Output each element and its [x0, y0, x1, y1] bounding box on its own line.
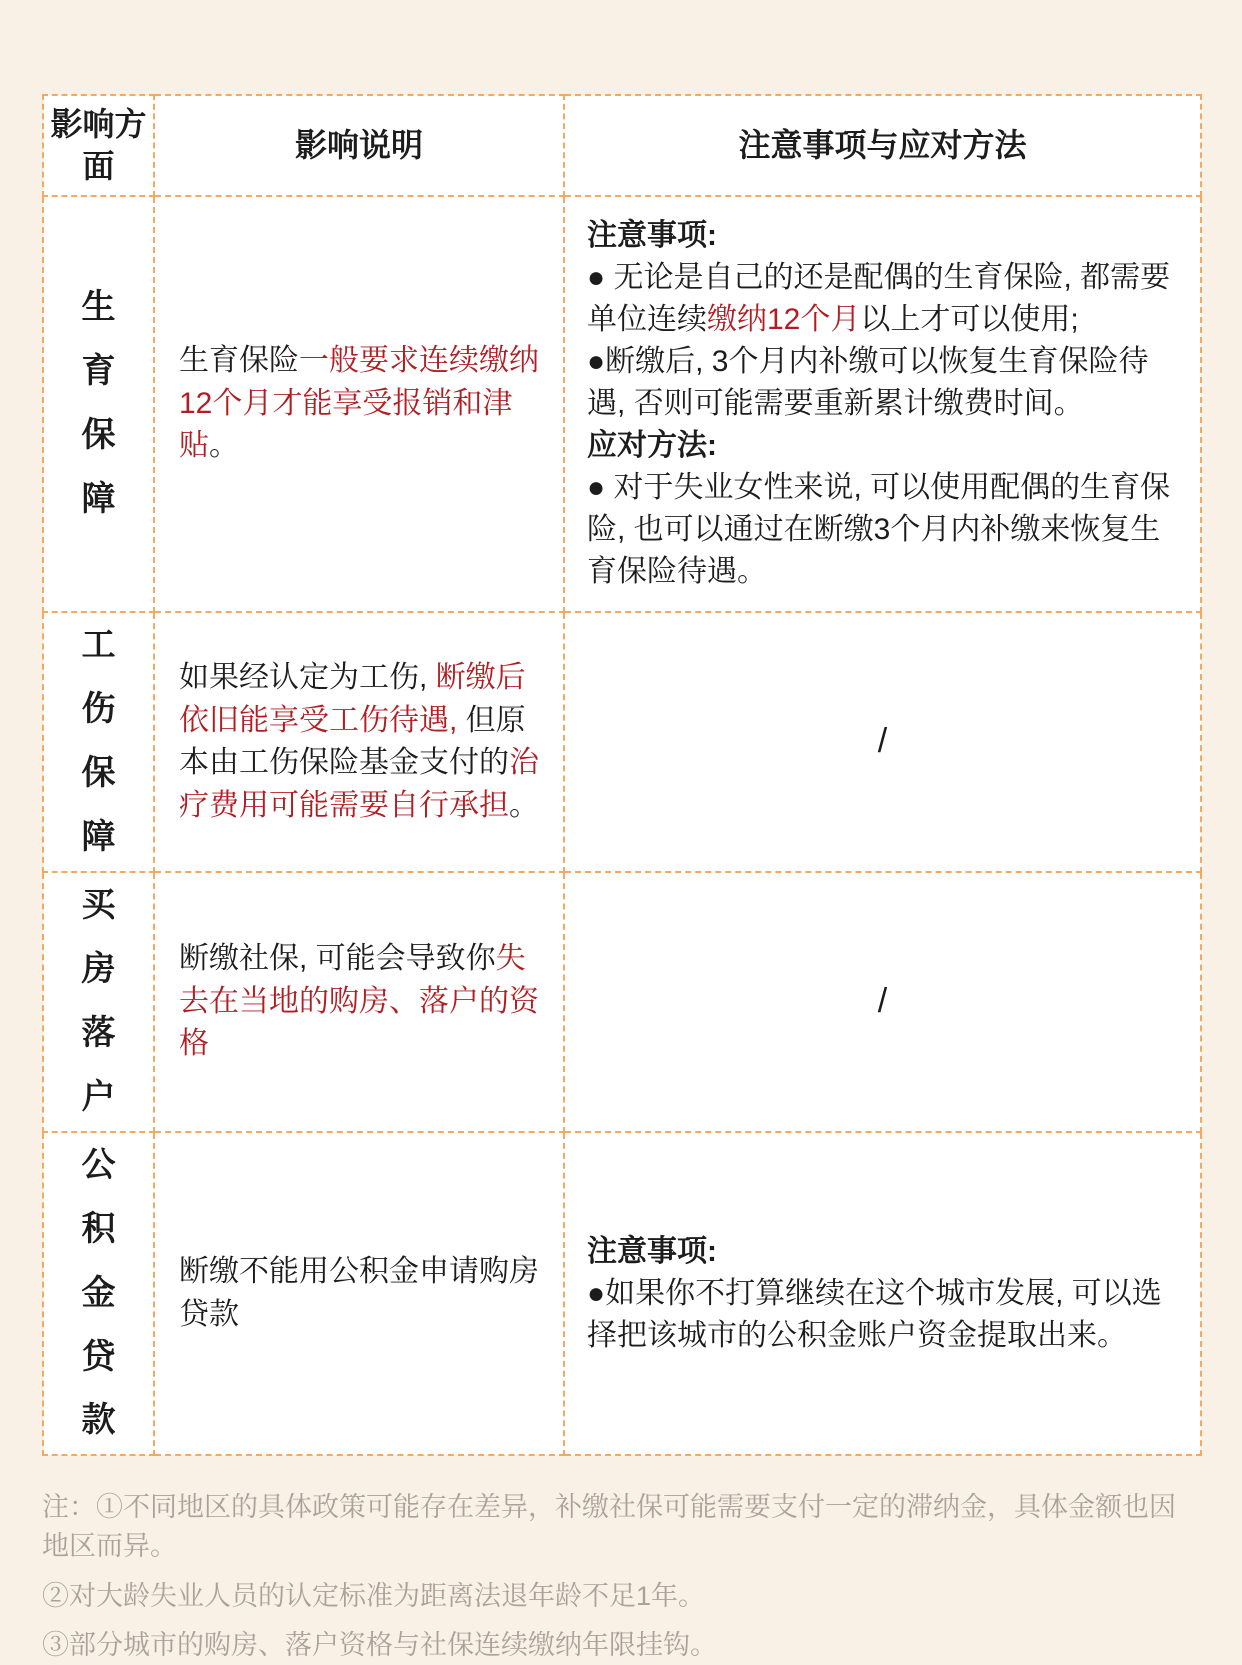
notes-cell: /	[564, 612, 1201, 872]
notes-text: 注意事项:●如果你不打算继续在这个城市发展, 可以选择把该城市的公积金账户资金提…	[587, 1231, 1178, 1357]
header-row: 影响方面 影响说明 注意事项与应对方法	[43, 95, 1201, 196]
description-cell: 如果经认定为工伤, 断缴后依旧能享受工伤待遇, 但原本由工伤保险基金支付的治疗费…	[154, 612, 564, 872]
column-header-notes: 注意事项与应对方法	[564, 95, 1201, 196]
infographic-page: 影响方面 影响说明 注意事项与应对方法 生育保障 生育保险一般要求连续缴纳12个…	[0, 0, 1242, 1665]
table-row-housing-fund: 公积金贷款 断缴不能用公积金申请购房贷款 注意事项:●如果你不打算继续在这个城市…	[43, 1132, 1201, 1456]
aspect-label: 公积金贷款	[79, 1134, 118, 1454]
footnote-line-1: 注：①不同地区的具体政策可能存在差异，补缴社保可能需要支付一定的滞纳金，具体金额…	[42, 1488, 1200, 1566]
notes-bullet: ● 无论是自己的还是配偶的生育保险, 都需要单位连续缴纳12个月以上才可以使用;	[587, 257, 1178, 341]
aspect-label: 生育保障	[79, 276, 118, 532]
description-cell: 断缴不能用公积金申请购房贷款	[154, 1132, 564, 1456]
aspect-label: 工伤保障	[79, 614, 118, 870]
table-row-maternity: 生育保障 生育保险一般要求连续缴纳12个月才能享受报销和津贴。 注意事项:● 无…	[43, 196, 1201, 612]
notes-text: /	[587, 978, 1178, 1026]
footnote-line-2: ②对大龄失业人员的认定标准为距离法退年龄不足1年。	[42, 1577, 1200, 1616]
aspect-cell: 生育保障	[43, 196, 154, 612]
footnotes: 注：①不同地区的具体政策可能存在差异，补缴社保可能需要支付一定的滞纳金，具体金额…	[42, 1488, 1200, 1665]
notes-cell: /	[564, 872, 1201, 1132]
notes-bullet: ●断缴后, 3个月内补缴可以恢复生育保险待遇, 否则可能需要重新累计缴费时间。	[587, 341, 1178, 425]
footnote-line-3: ③部分城市的购房、落户资格与社保连续缴纳年限挂钩。	[42, 1626, 1200, 1665]
aspect-cell: 公积金贷款	[43, 1132, 154, 1456]
description-cell: 断缴社保, 可能会导致你失去在当地的购房、落户的资格	[154, 872, 564, 1132]
description-text: 断缴社保, 可能会导致你失去在当地的购房、落户的资格	[179, 938, 539, 1066]
aspect-label: 买房落户	[79, 874, 118, 1130]
column-header-aspect: 影响方面	[43, 95, 154, 196]
description-text: 如果经认定为工伤, 断缴后依旧能享受工伤待遇, 但原本由工伤保险基金支付的治疗费…	[179, 657, 539, 827]
notes-label: 注意事项:	[587, 215, 1178, 257]
impact-table: 影响方面 影响说明 注意事项与应对方法 生育保障 生育保险一般要求连续缴纳12个…	[42, 94, 1202, 1456]
description-text: 生育保险一般要求连续缴纳12个月才能享受报销和津贴。	[179, 340, 539, 468]
notes-label: 注意事项:	[587, 1231, 1178, 1273]
empty-cell-slash: /	[587, 978, 1178, 1026]
notes-label: 应对方法:	[587, 425, 1178, 467]
table-row-work-injury: 工伤保障 如果经认定为工伤, 断缴后依旧能享受工伤待遇, 但原本由工伤保险基金支…	[43, 612, 1201, 872]
description-text: 断缴不能用公积金申请购房贷款	[179, 1251, 539, 1336]
notes-cell: 注意事项:● 无论是自己的还是配偶的生育保险, 都需要单位连续缴纳12个月以上才…	[564, 196, 1201, 612]
notes-bullet: ●如果你不打算继续在这个城市发展, 可以选择把该城市的公积金账户资金提取出来。	[587, 1273, 1178, 1357]
description-cell: 生育保险一般要求连续缴纳12个月才能享受报销和津贴。	[154, 196, 564, 612]
empty-cell-slash: /	[587, 718, 1178, 766]
aspect-cell: 买房落户	[43, 872, 154, 1132]
table-row-house-hukou: 买房落户 断缴社保, 可能会导致你失去在当地的购房、落户的资格 /	[43, 872, 1201, 1132]
notes-bullet: ● 对于失业女性来说, 可以使用配偶的生育保险, 也可以通过在断缴3个月内补缴来…	[587, 467, 1178, 593]
column-header-description: 影响说明	[154, 95, 564, 196]
notes-text: 注意事项:● 无论是自己的还是配偶的生育保险, 都需要单位连续缴纳12个月以上才…	[587, 215, 1178, 593]
notes-cell: 注意事项:●如果你不打算继续在这个城市发展, 可以选择把该城市的公积金账户资金提…	[564, 1132, 1201, 1456]
notes-text: /	[587, 718, 1178, 766]
aspect-cell: 工伤保障	[43, 612, 154, 872]
